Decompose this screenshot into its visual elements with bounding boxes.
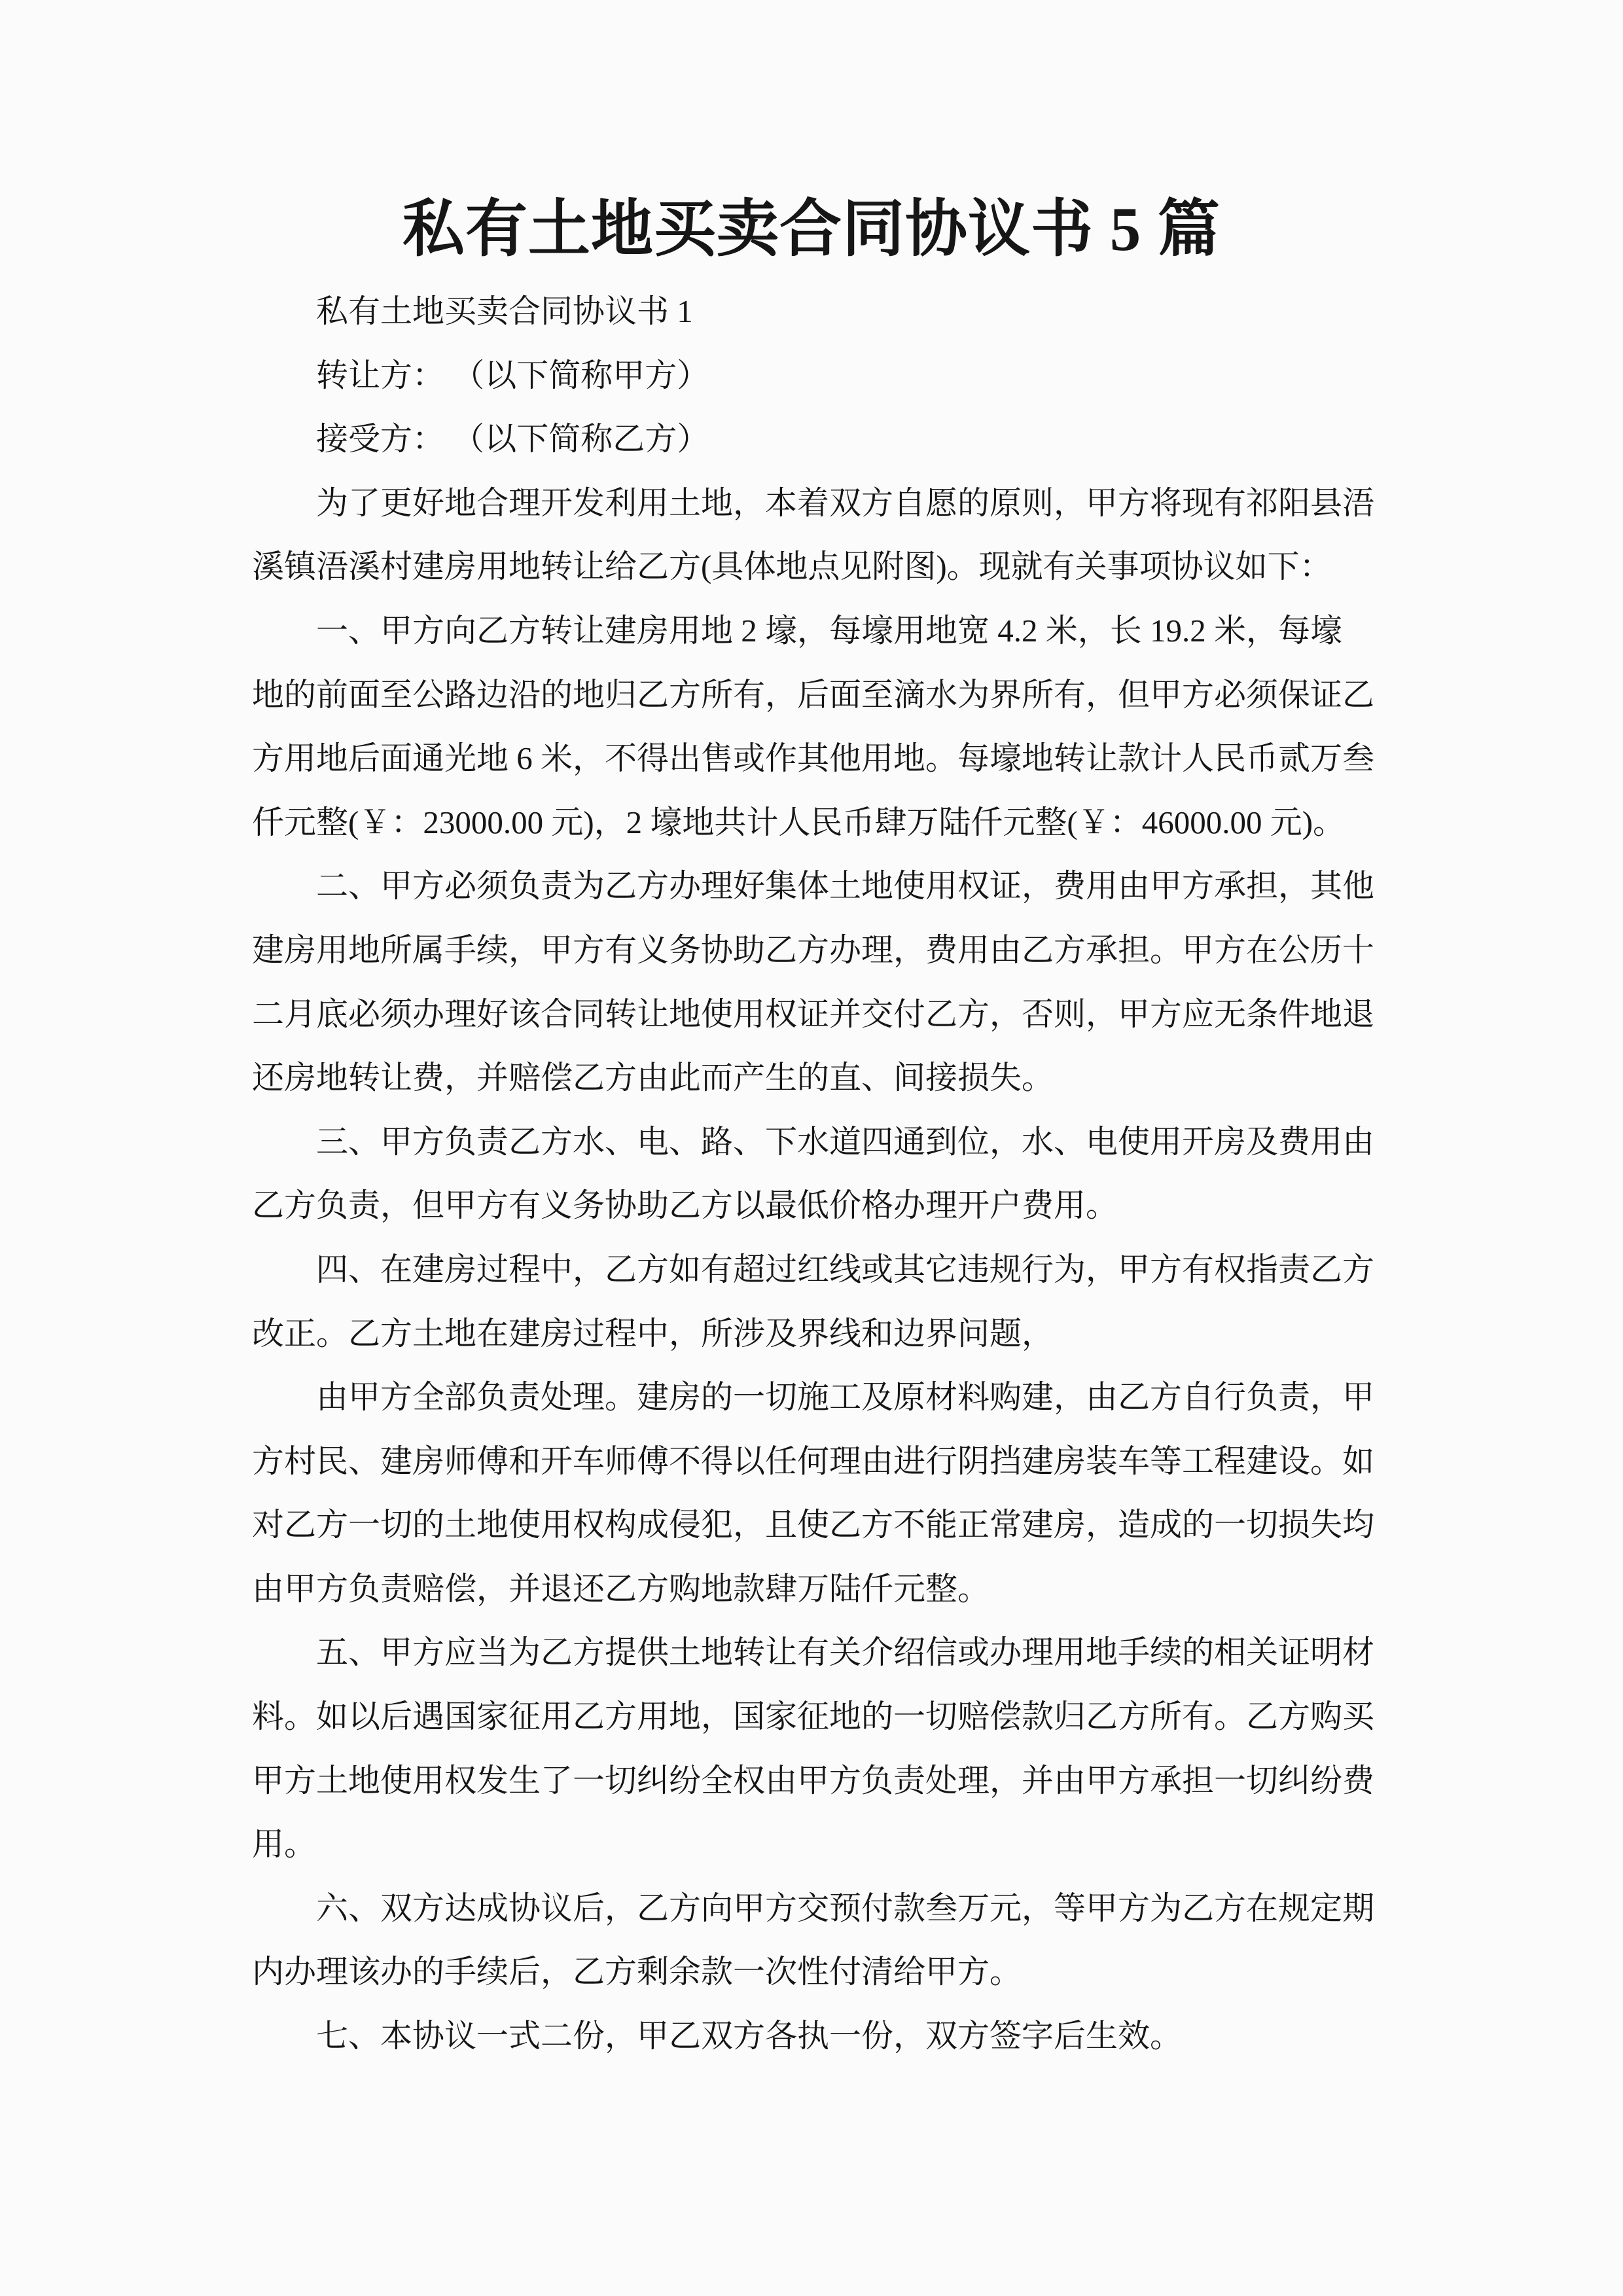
document-line: 五、甲方应当为乙方提供土地转让有关介绍信或办理用地手续的相关证明材 [252, 1621, 1623, 1685]
document-line: 甲方土地使用权发生了一切纠纷全权由甲方负责处理，并由甲方承担一切纠纷费 [252, 1749, 1623, 1813]
document-line: 二月底必须办理好该合同转让地使用权证并交付乙方，否则，甲方应无条件地退 [252, 982, 1623, 1047]
document-line: 为了更好地合理开发利用土地，本着双方自愿的原则，甲方将现有祁阳县浯 [252, 471, 1623, 535]
document-line: 改正。乙方土地在建房过程中，所涉及界线和边界问题， [252, 1302, 1623, 1366]
document-line: 仟元整(￥：23000.00 元)，2 壕地共计人民币肆万陆仟元整(￥：4600… [252, 791, 1623, 855]
document-line: 料。如以后遇国家征用乙方用地，国家征地的一切赔偿款归乙方所有。乙方购买 [252, 1685, 1623, 1749]
document-line: 由甲方全部负责处理。建房的一切施工及原材料购建，由乙方自行负责，甲 [252, 1365, 1623, 1429]
document-page: 私有土地买卖合同协议书 5 篇 私有土地买卖合同协议书 1转让方： （以下简称甲… [0, 0, 1623, 2296]
document-line: 七、本协议一式二份，甲乙双方各执一份，双方签字后生效。 [252, 2004, 1623, 2068]
document-line: 建房用地所属手续，甲方有义务协助乙方办理，费用由乙方承担。甲方在公历十 [252, 918, 1623, 982]
document-line: 溪镇浯溪村建房用地转让给乙方(具体地点见附图)。现就有关事项协议如下： [252, 535, 1623, 599]
document-line: 接受方： （以下简称乙方） [252, 407, 1623, 471]
document-body: 私有土地买卖合同协议书 1转让方： （以下简称甲方）接受方： （以下简称乙方）为… [252, 279, 1623, 2068]
document-line: 三、甲方负责乙方水、电、路、下水道四通到位，水、电使用开房及费用由 [252, 1110, 1623, 1174]
document-line: 一、甲方向乙方转让建房用地 2 壕，每壕用地宽 4.2 米，长 19.2 米，每… [252, 599, 1623, 663]
document-line: 乙方负责，但甲方有义务协助乙方以最低价格办理开户费用。 [252, 1174, 1623, 1238]
document-line: 方用地后面通光地 6 米，不得出售或作其他用地。每壕地转让款计人民币贰万叁 [252, 726, 1623, 791]
document-title: 私有土地买卖合同协议书 5 篇 [0, 196, 1623, 262]
document-line: 内办理该办的手续后，乙方剩余款一次性付清给甲方。 [252, 1940, 1623, 2004]
document-line: 方村民、建房师傅和开车师傅不得以任何理由进行阴挡建房装车等工程建设。如 [252, 1429, 1623, 1494]
document-line: 四、在建房过程中，乙方如有超过红线或其它违规行为，甲方有权指责乙方 [252, 1238, 1623, 1302]
document-line: 六、双方达成协议后，乙方向甲方交预付款叁万元，等甲方为乙方在规定期 [252, 1876, 1623, 1941]
document-line: 对乙方一切的土地使用权构成侵犯，且使乙方不能正常建房，造成的一切损失均 [252, 1493, 1623, 1557]
document-line: 地的前面至公路边沿的地归乙方所有，后面至滴水为界所有，但甲方必须保证乙 [252, 663, 1623, 727]
document-line: 用。 [252, 1812, 1623, 1876]
document-line: 由甲方负责赔偿，并退还乙方购地款肆万陆仟元整。 [252, 1557, 1623, 1621]
document-line: 私有土地买卖合同协议书 1 [252, 279, 1623, 344]
document-line: 还房地转让费，并赔偿乙方由此而产生的直、间接损失。 [252, 1046, 1623, 1110]
document-line: 转让方： （以下简称甲方） [252, 344, 1623, 408]
document-line: 二、甲方必须负责为乙方办理好集体土地使用权证，费用由甲方承担，其他 [252, 854, 1623, 918]
